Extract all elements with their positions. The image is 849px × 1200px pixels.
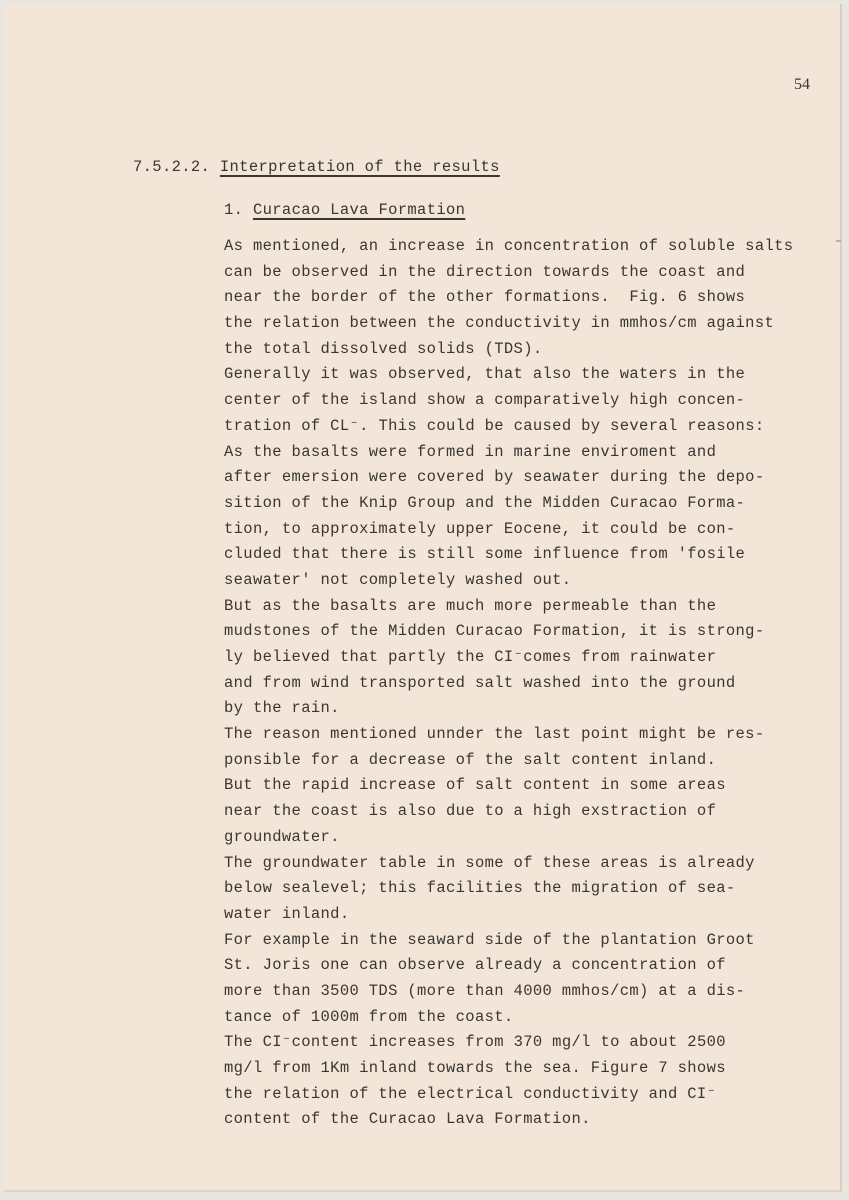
text-line: As the basalts were formed in marine env… — [224, 440, 793, 466]
text-line: more than 3500 TDS (more than 4000 mmhos… — [224, 979, 793, 1005]
text-line: the total dissolved solids (TDS). — [224, 337, 793, 363]
subsection-heading: 1. Curacao Lava Formation — [224, 201, 465, 219]
text-line: ponsible for a decrease of the salt cont… — [224, 748, 793, 774]
text-line: water inland. — [224, 902, 793, 928]
margin-mark — [836, 240, 841, 242]
text-line: by the rain. — [224, 696, 793, 722]
text-line: But as the basalts are much more permeab… — [224, 594, 793, 620]
text-line: Generally it was observed, that also the… — [224, 362, 793, 388]
text-line: cluded that there is still some influenc… — [224, 542, 793, 568]
text-line: seawater' not completely washed out. — [224, 568, 793, 594]
text-line: can be observed in the direction towards… — [224, 260, 793, 286]
text-line: For example in the seaward side of the p… — [224, 928, 793, 954]
text-line: mudstones of the Midden Curacao Formatio… — [224, 619, 793, 645]
text-line: tration of CL⁻. This could be caused by … — [224, 414, 793, 440]
section-heading: 7.5.2.2. Interpretation of the results — [133, 158, 500, 176]
body-text: As mentioned, an increase in concentrati… — [224, 234, 793, 1133]
section-title: Interpretation of the results — [220, 158, 500, 176]
text-line: tion, to approximately upper Eocene, it … — [224, 517, 793, 543]
text-line: St. Joris one can observe already a conc… — [224, 953, 793, 979]
text-line: sition of the Knip Group and the Midden … — [224, 491, 793, 517]
text-line: ly believed that partly the CI⁻comes fro… — [224, 645, 793, 671]
text-line: near the border of the other formations.… — [224, 285, 793, 311]
page-number: 54 — [794, 76, 810, 94]
text-line: below sealevel; this facilities the migr… — [224, 876, 793, 902]
text-line: content of the Curacao Lava Formation. — [224, 1107, 793, 1133]
text-line: the relation of the electrical conductiv… — [224, 1082, 793, 1108]
text-line: groundwater. — [224, 825, 793, 851]
section-number: 7.5.2.2. — [133, 158, 210, 176]
text-line: and from wind transported salt washed in… — [224, 671, 793, 697]
subsection-title: Curacao Lava Formation — [253, 201, 465, 219]
text-line: after emersion were covered by seawater … — [224, 465, 793, 491]
text-line: The CI⁻content increases from 370 mg/l t… — [224, 1030, 793, 1056]
text-line: The groundwater table in some of these a… — [224, 851, 793, 877]
text-line: center of the island show a comparativel… — [224, 388, 793, 414]
text-line: The reason mentioned unnder the last poi… — [224, 722, 793, 748]
text-line: But the rapid increase of salt content i… — [224, 773, 793, 799]
text-line: the relation between the conductivity in… — [224, 311, 793, 337]
text-line: tance of 1000m from the coast. — [224, 1005, 793, 1031]
text-line: As mentioned, an increase in concentrati… — [224, 234, 793, 260]
subsection-number: 1. — [224, 201, 243, 219]
text-line: mg/l from 1Km inland towards the sea. Fi… — [224, 1056, 793, 1082]
text-line: near the coast is also due to a high exs… — [224, 799, 793, 825]
document-page: 54 7.5.2.2. Interpretation of the result… — [4, 4, 842, 1192]
